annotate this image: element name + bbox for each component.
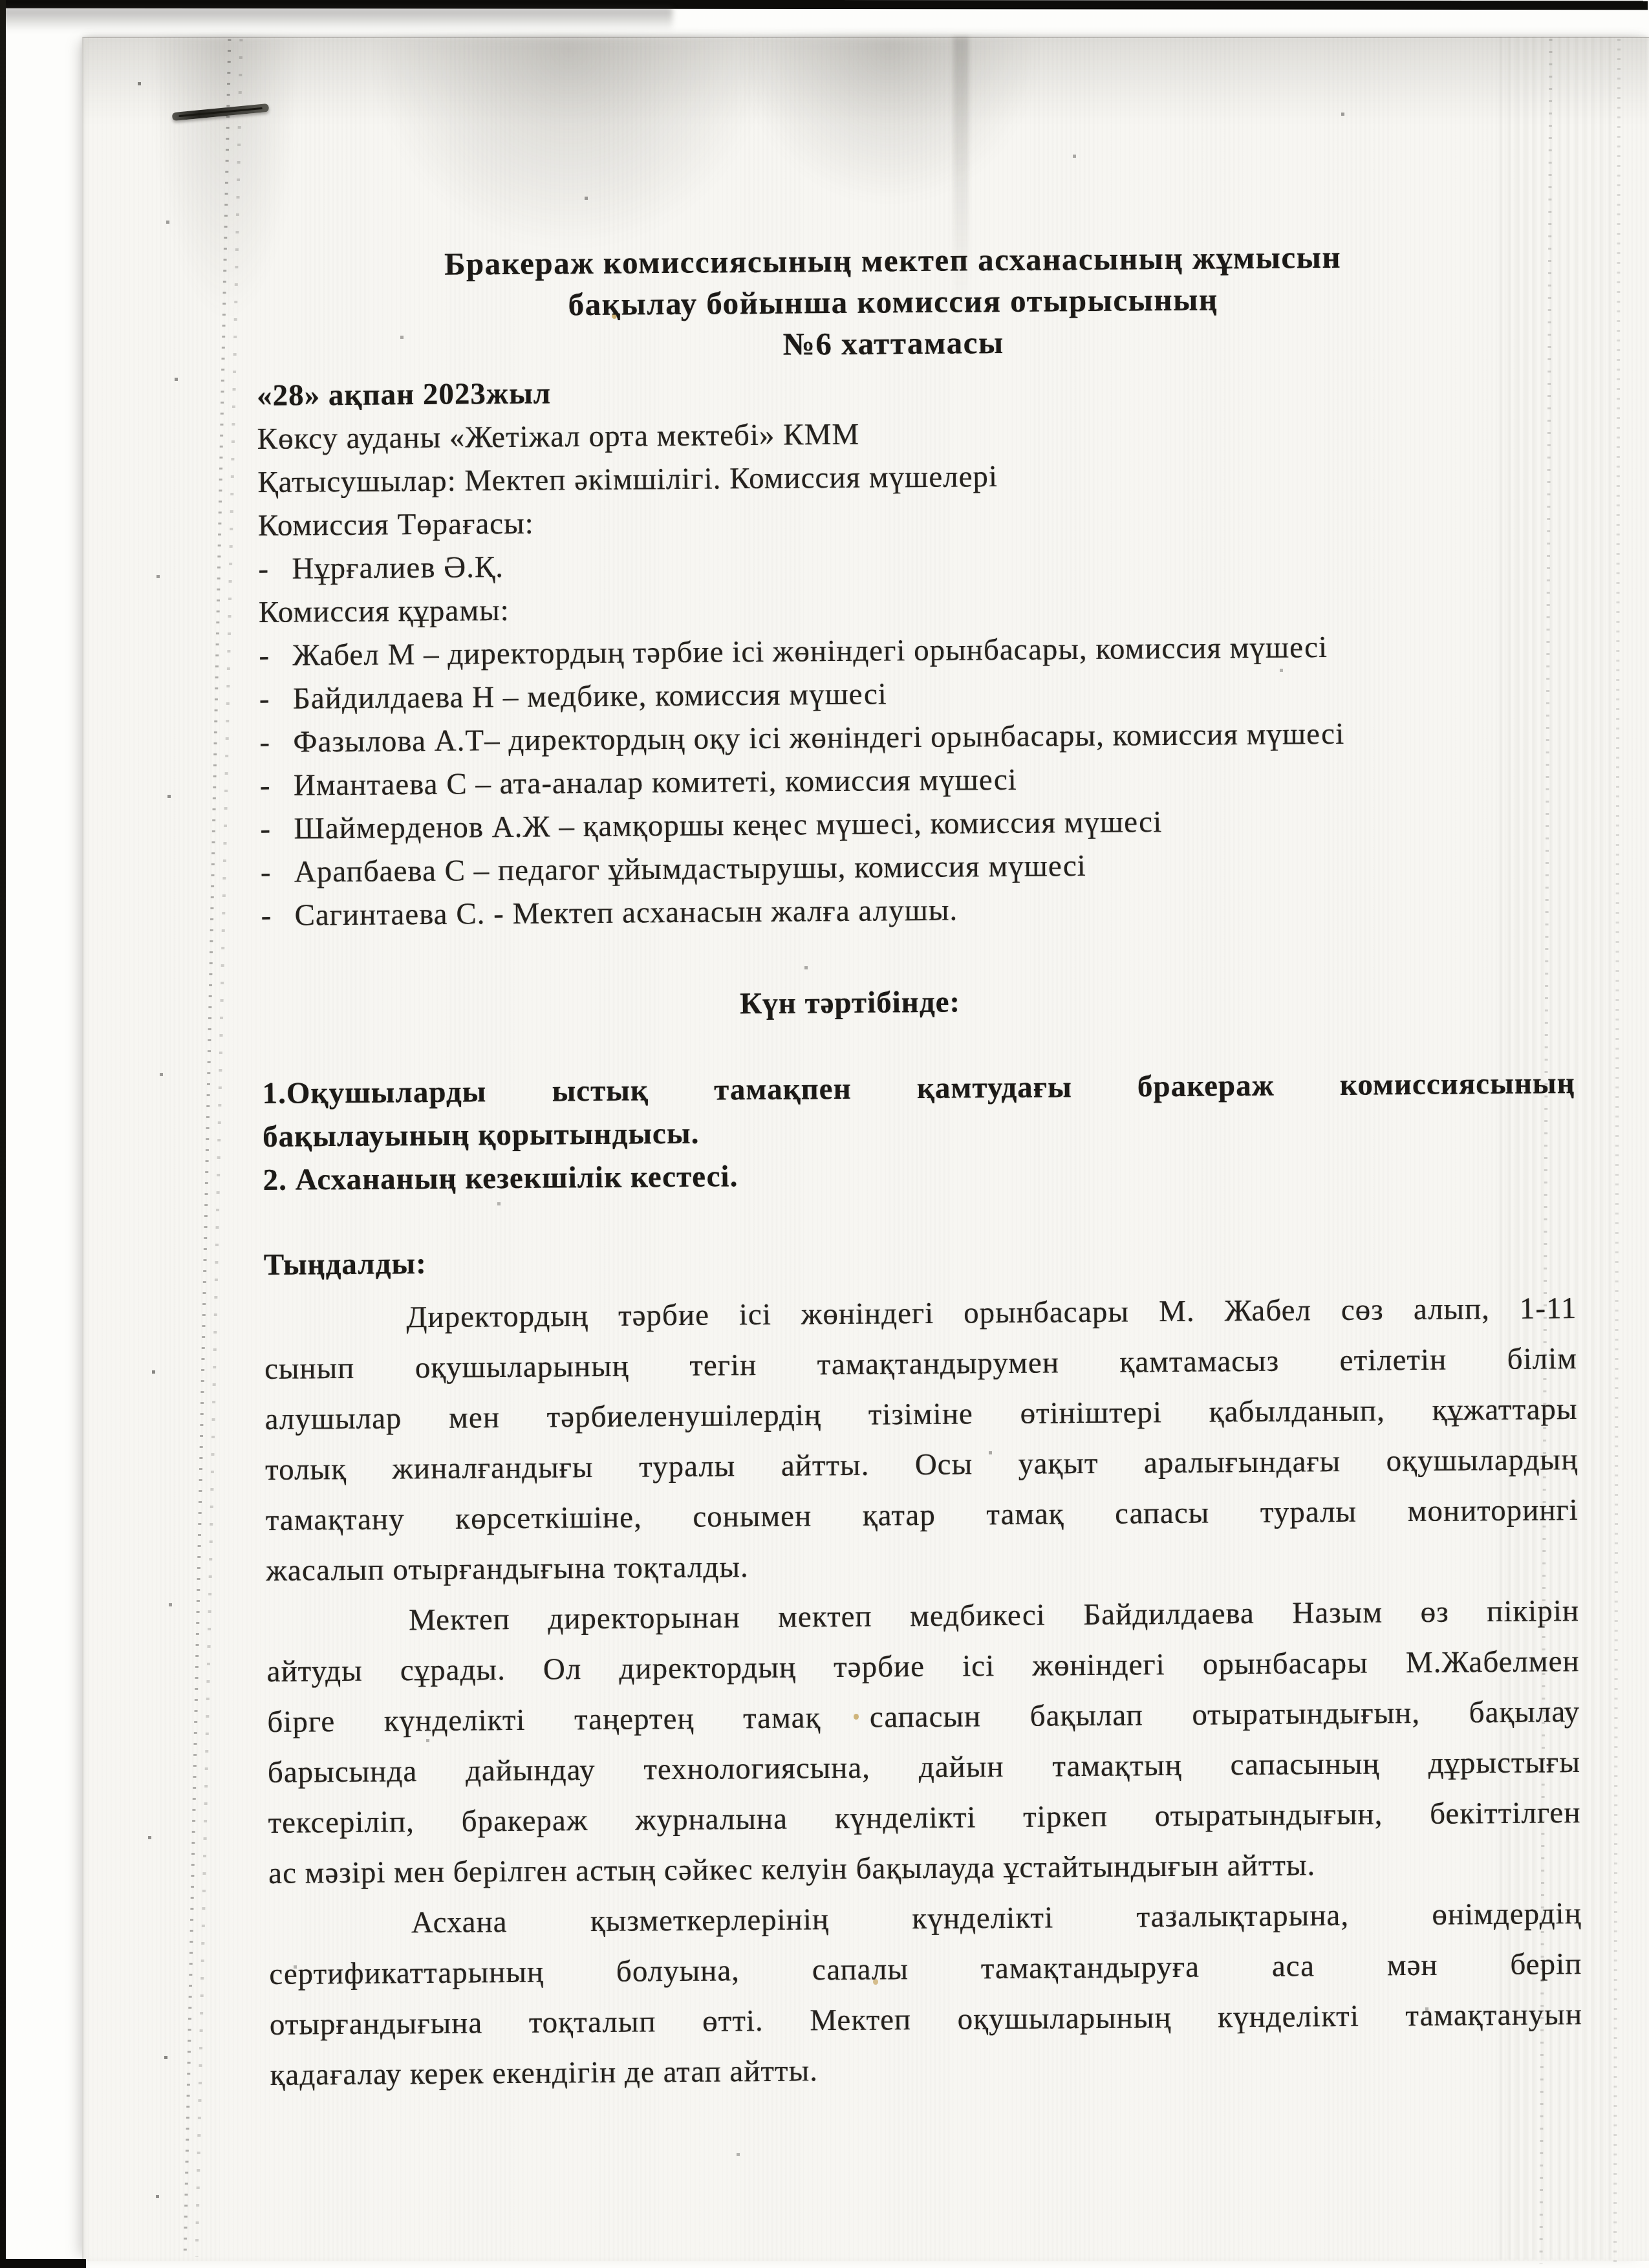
member-name: Жабел М – директордың тәрбие ісі жөнінде… xyxy=(292,626,1328,678)
paragraph-3-line: қадағалау керек екендігін де атап айтты. xyxy=(270,2040,1583,2101)
agenda-list: 1.Оқушыларды ыстық тамақпен қамтудағы бр… xyxy=(262,1062,1576,1202)
list-dash: - xyxy=(259,721,294,764)
body-paragraphs: Директордың тәрбие ісі жөніндегі орынбас… xyxy=(264,1283,1583,2101)
paragraph-2-line: тексеріліп, бракераж журналына күнделікт… xyxy=(268,1787,1581,1848)
member-name: Фазылова А.Т– директордың оқу ісі жөнінд… xyxy=(293,713,1344,764)
document-content: Бракераж комиссиясының мектеп асханасыны… xyxy=(253,0,1582,2101)
document-header: «28» ақпан 2023жыл Көксу ауданы «Жетіжал… xyxy=(257,364,1574,938)
heard-heading: Тыңдалды: xyxy=(264,1233,1577,1287)
paragraph-3-line: отырғандығына тоқталып өтті. Мектеп оқуш… xyxy=(270,1989,1583,2050)
list-dash: - xyxy=(260,808,294,851)
member-name: Сагинтаева С. - Мектеп асханасын жалға а… xyxy=(294,889,958,938)
member-name: Байдилдаева Н – медбике, комиссия мүшесі xyxy=(293,673,887,720)
list-dash: - xyxy=(261,851,295,894)
list-dash: - xyxy=(260,764,294,808)
chairman-name: Нұрғалиев Ә.Қ. xyxy=(292,546,504,591)
member-name: Имантаева С – ата-аналар комитеті, комис… xyxy=(294,759,1017,808)
list-dash: - xyxy=(261,894,295,938)
list-dash: - xyxy=(259,678,294,721)
member-name: Арапбаева С – педагог ұйымдастырушы, ком… xyxy=(294,845,1086,894)
paragraph-1-line: тамақтану көрсеткішіне, сонымен қатар та… xyxy=(266,1485,1579,1546)
scanner-edge-left xyxy=(0,0,6,2268)
document-title: Бракераж комиссиясының мектеп асханасыны… xyxy=(253,0,1569,369)
member-name: Шаймерденов А.Ж – қамқоршы кеңес мүшесі,… xyxy=(294,801,1162,851)
scanner-edge-bottom xyxy=(0,2259,86,2268)
list-dash: - xyxy=(259,634,293,678)
agenda-heading: Күн тәртібінде: xyxy=(261,976,1574,1030)
list-dash: - xyxy=(258,548,292,591)
